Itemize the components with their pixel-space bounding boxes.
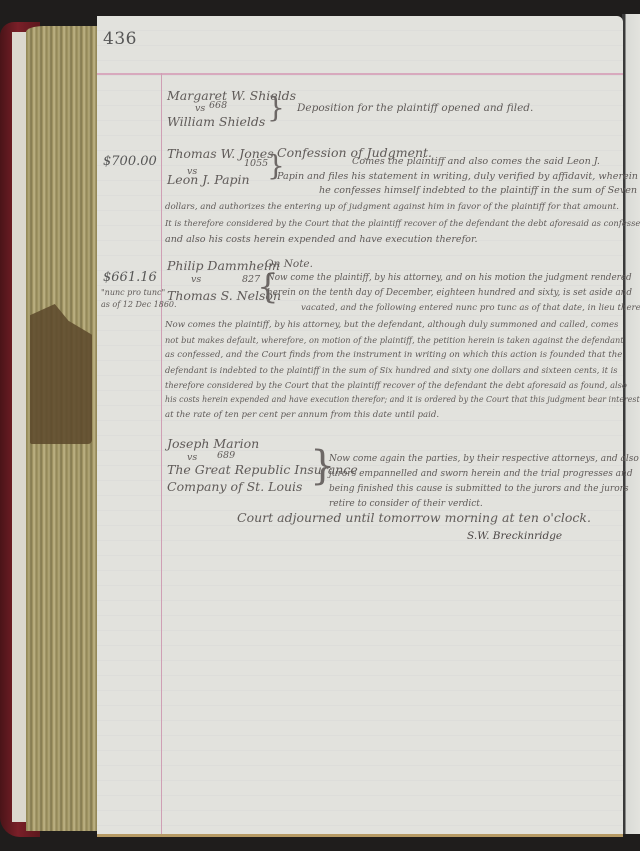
page-edges-stack: [26, 26, 98, 831]
judgment-amount: $700.00: [103, 154, 157, 169]
plaintiff-name: Joseph Marion: [167, 436, 259, 451]
entry-body-line: therefore considered by the Court that t…: [165, 380, 627, 390]
brace-icon: }: [310, 446, 335, 486]
versus-label: vs: [191, 274, 201, 285]
entry-body-line: and also his costs herein expended and h…: [165, 234, 478, 245]
entry-body-line: his costs herein expended and have execu…: [165, 395, 640, 404]
defendant-name: Leon J. Papin: [167, 172, 250, 187]
entry-body-line: retire to consider of their verdict.: [329, 499, 483, 509]
entry-body-line: Now comes the plaintiff, by his attorney…: [165, 320, 618, 330]
entry-body-line: dollars, and authorizes the entering up …: [165, 202, 619, 212]
water-stain: [30, 304, 92, 444]
entry-body-line: he confesses himself indebted to the pla…: [319, 185, 640, 196]
margin-rule: [161, 73, 162, 834]
entry-body-line: Now come again the parties, by their res…: [329, 454, 640, 464]
entry-body-line: being finished this cause is submitted t…: [329, 484, 629, 494]
entry-body-line: Comes the plaintiff and also comes the s…: [352, 156, 600, 167]
case-number: 1055: [244, 158, 268, 169]
margin-note: as of 12 Dec 1860.: [101, 300, 177, 309]
case-number: 689: [217, 450, 235, 461]
entry-body-line: as confessed, and the Court finds from t…: [165, 350, 622, 360]
entry-body-line: It is therefore considered by the Court …: [165, 218, 640, 228]
entry-body-line: at the rate of ten per cent per annum fr…: [165, 410, 439, 420]
entry-body-line: not but makes default, wherefore, on mot…: [165, 335, 624, 345]
entry-body-line: herein on the tenth day of December, eig…: [267, 288, 632, 298]
margin-note: "nunc pro tunc": [101, 288, 165, 297]
entry-body-line: Papin and files his statement in writing…: [277, 171, 638, 182]
page-number: 436: [103, 29, 137, 49]
facing-page-edge: [622, 14, 640, 834]
entry-heading: On Note.: [265, 258, 313, 270]
entry-body-line: jurors empannelled and sworn herein and …: [329, 469, 633, 479]
ledger-page: 436 Margaret W. Shields vs 668 William S…: [97, 16, 623, 837]
versus-label: vs: [195, 103, 205, 114]
brace-icon: }: [267, 94, 285, 122]
adjournment-note: Court adjourned until tomorrow morning a…: [237, 510, 591, 525]
header-rule: [97, 73, 623, 75]
clerk-signature: S.W. Breckinridge: [467, 530, 562, 542]
defendant-name-cont: Company of St. Louis: [167, 479, 302, 494]
entry-body-line: vacated, and the following entered nunc …: [301, 303, 640, 313]
entry-body-line: defendant is indebted to the plaintiff i…: [165, 365, 618, 375]
defendant-name: William Shields: [167, 114, 265, 129]
entry-body-line: Now come the plaintiff, by his attorney,…: [267, 273, 632, 283]
entry-body-line: Deposition for the plaintiff opened and …: [297, 102, 533, 114]
judgment-amount: $661.16: [103, 270, 157, 285]
case-number: 668: [209, 100, 227, 111]
